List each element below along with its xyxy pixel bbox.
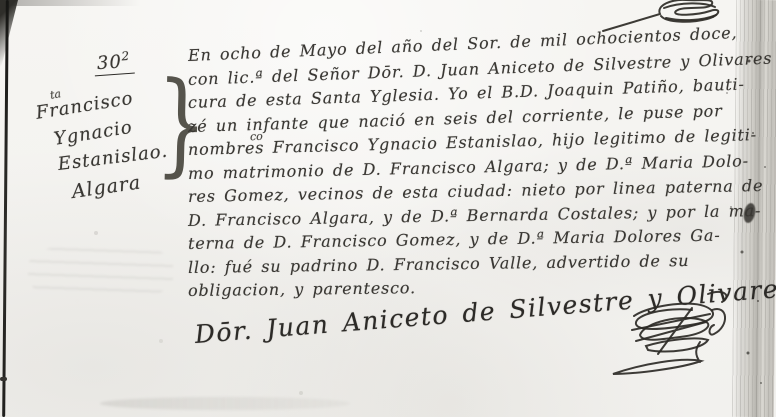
- scan-corner-shadow: [0, 0, 18, 72]
- scan-left-edge-mark: [0, 377, 7, 381]
- record-text-line: terna de D. Francisco Gomez, y de D.ª Ma…: [188, 225, 763, 253]
- scan-left-edge-line: [2, 0, 9, 417]
- scan-top-edge-shadow: [0, 0, 140, 6]
- flourish-stroke: [613, 342, 701, 374]
- flourish-stroke: [708, 292, 726, 302]
- entry-number-main: 30: [96, 51, 122, 74]
- paper-speckles: [0, 0, 2, 2]
- bleed-through-smudge: [28, 243, 173, 301]
- scanned-register-page: 302 ta Francisco Ygnacio Estanislao. Alg…: [0, 0, 776, 417]
- entry-number-superscript: 2: [121, 49, 131, 64]
- margin-name-line: Ygnacio: [52, 117, 134, 150]
- flourish-stroke: [710, 309, 726, 335]
- interline-note: co: [250, 130, 263, 143]
- signature-rubric-flourish-icon: [596, 280, 748, 384]
- record-text-line: llo: fué su padrino D. Francisco Valle, …: [188, 250, 763, 277]
- entry-number: 302: [93, 49, 134, 77]
- margin-name-line: Algara: [70, 171, 142, 202]
- bleed-through-smudge: [100, 397, 350, 410]
